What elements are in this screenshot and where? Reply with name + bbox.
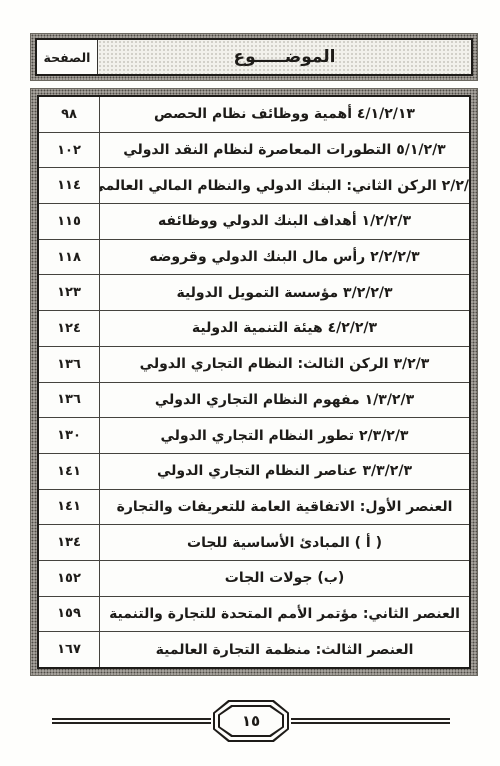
scanned-toc-page: الصفحة الموضـــــوع ٩٨ ٤/١/٢/١٣ أهمية وو…	[0, 0, 500, 766]
toc-row: ١٣٦ ١/٣/٢/٣ مفهوم النظام التجاري الدولي	[39, 383, 469, 419]
toc-row: ١٥٩ العنصر الثاني: مؤتمر الأمم المتحدة ل…	[39, 597, 469, 633]
toc-topic-cell: ٤/١/٢/١٣ أهمية ووظائف نظام الحصص	[100, 97, 469, 132]
toc-page-number-cell: ٩٨	[39, 97, 100, 132]
toc-topic-cell: ٣/٢/٢/٣ مؤسسة التمويل الدولية	[100, 275, 469, 310]
subject-column-header-label: الموضـــــوع	[233, 47, 335, 67]
toc-topic-cell: ٤/٢/٢/٣ هيئة التنمية الدولية	[100, 311, 469, 346]
toc-row: ١٦٧ العنصر الثالث: منظمة التجارة العالمي…	[39, 632, 469, 667]
toc-header-subject-cell: الموضـــــوع	[98, 40, 471, 74]
toc-topic-cell: ٢/٢/٢/٣ رأس مال البنك الدولي وقروضه	[100, 240, 469, 275]
toc-page-number-cell: ١٦٧	[39, 632, 100, 667]
toc-topic-cell: ٣/٣/٢/٣ عناصر النظام التجاري الدولي	[100, 454, 469, 489]
toc-topic-cell: ١/٣/٢/٣ مفهوم النظام التجاري الدولي	[100, 383, 469, 418]
toc-page-number-cell: ١٢٤	[39, 311, 100, 346]
toc-row: ١٤١ العنصر الأول: الاتفاقية العامة للتعر…	[39, 490, 469, 526]
toc-row: ٩٨ ٤/١/٢/١٣ أهمية ووظائف نظام الحصص	[39, 97, 469, 133]
footer-rule: ١٥	[52, 699, 450, 743]
toc-row: ١٠٢ ٥/١/٢/٣ التطورات المعاصرة لنظام النق…	[39, 133, 469, 169]
toc-page-number-cell: ١٣٦	[39, 383, 100, 418]
toc-page-number-cell: ١٣٠	[39, 418, 100, 453]
toc-topic-cell: ٢/٢/٣ الركن الثاني: البنك الدولي والنظام…	[100, 168, 469, 203]
footer-page-number: ١٥	[242, 712, 260, 730]
toc-row: ١٤١ ٣/٣/٢/٣ عناصر النظام التجاري الدولي	[39, 454, 469, 490]
toc-page-number-cell: ١٥٢	[39, 561, 100, 596]
toc-page-number-cell: ١٤١	[39, 490, 100, 525]
toc-topic-cell: العنصر الأول: الاتفاقية العامة للتعريفات…	[100, 490, 469, 525]
toc-body-table: ٩٨ ٤/١/٢/١٣ أهمية ووظائف نظام الحصص ١٠٢ …	[30, 88, 478, 676]
toc-topic-cell: ٣/٢/٣ الركن الثالث: النظام التجاري الدول…	[100, 347, 469, 382]
toc-page-number-cell: ١٥٩	[39, 597, 100, 632]
toc-row: ١١٨ ٢/٢/٢/٣ رأس مال البنك الدولي وقروضه	[39, 240, 469, 276]
toc-body-inner: ٩٨ ٤/١/٢/١٣ أهمية ووظائف نظام الحصص ١٠٢ …	[37, 95, 471, 669]
toc-page-number-cell: ١١٥	[39, 204, 100, 239]
toc-page-number-cell: ١١٨	[39, 240, 100, 275]
footer-right-rule	[291, 718, 450, 724]
toc-row: ١٢٤ ٤/٢/٢/٣ هيئة التنمية الدولية	[39, 311, 469, 347]
toc-topic-cell: ( أ ) المبادئ الأساسية للجات	[100, 525, 469, 560]
toc-page-number-cell: ١٠٢	[39, 133, 100, 168]
toc-topic-cell: ٢/٣/٢/٣ تطور النظام التجاري الدولي	[100, 418, 469, 453]
toc-row: ١٢٣ ٣/٢/٢/٣ مؤسسة التمويل الدولية	[39, 275, 469, 311]
toc-page-number-cell: ١٣٦	[39, 347, 100, 382]
toc-header-row: الصفحة الموضـــــوع	[35, 38, 473, 76]
toc-row: ١٥٢ (ب) جولات الجات	[39, 561, 469, 597]
toc-row: ١٣٤ ( أ ) المبادئ الأساسية للجات	[39, 525, 469, 561]
footer-page-number-badge: ١٥	[213, 700, 289, 742]
toc-header-table: الصفحة الموضـــــوع	[30, 33, 478, 81]
badge-center: ١٥	[220, 707, 282, 735]
toc-topic-cell: العنصر الثاني: مؤتمر الأمم المتحدة للتجا…	[100, 597, 469, 632]
toc-topic-cell: ٥/١/٢/٣ التطورات المعاصرة لنظام النقد ال…	[100, 133, 469, 168]
toc-row: ١١٥ ١/٢/٢/٣ أهداف البنك الدولي ووظائفه	[39, 204, 469, 240]
page-column-header-label: الصفحة	[44, 50, 91, 65]
toc-page-number-cell: ١٢٣	[39, 275, 100, 310]
footer-left-rule	[52, 718, 211, 724]
toc-topic-cell: ١/٢/٢/٣ أهداف البنك الدولي ووظائفه	[100, 204, 469, 239]
toc-page-number-cell: ١٤١	[39, 454, 100, 489]
toc-page-number-cell: ١١٤	[39, 168, 100, 203]
toc-row: ١٣٦ ٣/٢/٣ الركن الثالث: النظام التجاري ا…	[39, 347, 469, 383]
toc-row: ١٣٠ ٢/٣/٢/٣ تطور النظام التجاري الدولي	[39, 418, 469, 454]
toc-page-number-cell: ١٣٤	[39, 525, 100, 560]
toc-topic-cell: العنصر الثالث: منظمة التجارة العالمية	[100, 632, 469, 667]
toc-topic-cell: (ب) جولات الجات	[100, 561, 469, 596]
toc-row: ١١٤ ٢/٢/٣ الركن الثاني: البنك الدولي وال…	[39, 168, 469, 204]
toc-header-page-cell: الصفحة	[37, 40, 98, 74]
